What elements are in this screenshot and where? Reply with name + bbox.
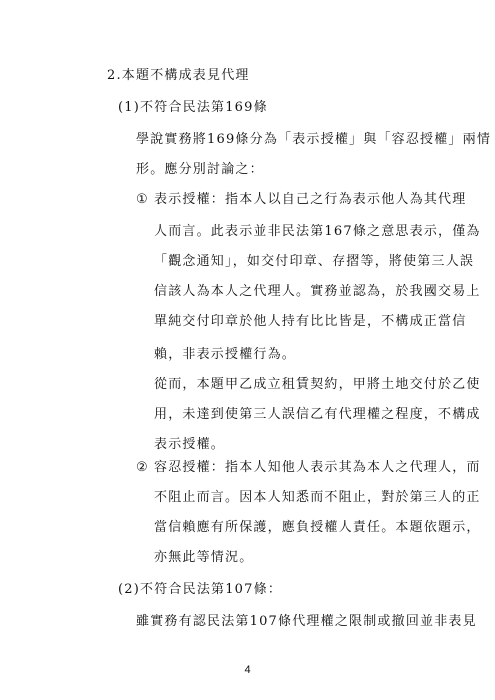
paragraph-line: 不阻止而言。因本人知悉而不阻止，對於第三人的正	[154, 490, 481, 506]
subsection-title-107: (2)不符合民法第107條：	[118, 582, 282, 598]
section-heading: 2.本題不構成表見代理	[107, 68, 250, 84]
paragraph-line: 用，未達到使第三人誤信乙有代理權之程度，不構成	[154, 407, 481, 423]
list-marker-2: ②	[136, 460, 149, 476]
paragraph-line: 亦無此等情況。	[154, 550, 253, 566]
paragraph-line: 從而，本題甲乙成立租賃契約，甲將土地交付於乙使	[154, 377, 481, 393]
paragraph-line: 信該人為本人之代理人。實務並認為，於我國交易上	[154, 284, 481, 300]
paragraph-line: 容忍授權：指本人知他人表示其為本人之代理人，而	[154, 460, 481, 476]
subsection-title-169: (1)不符合民法第169條	[118, 100, 268, 116]
paragraph-line: 人而言。此表示並非民法第167條之意思表示，僅為	[154, 224, 481, 240]
paragraph-line: 賴，非表示授權行為。	[154, 347, 296, 363]
paragraph-line: 學說實務將169條分為「表示授權」與「容忍授權」兩情	[136, 132, 491, 148]
paragraph-line: 單純交付印章於他人持有比比皆是，不構成正當信	[154, 314, 466, 330]
paragraph-line: 當信賴應有所保護，應負授權人責任。本題依題示，	[154, 520, 481, 536]
page-number: 4	[0, 664, 495, 676]
paragraph-line: 表示授權：指本人以自己之行為表示他人為其代理	[154, 192, 466, 208]
paragraph-line: 表示授權。	[154, 437, 225, 453]
document-page: 2.本題不構成表見代理 (1)不符合民法第169條 學說實務將169條分為「表示…	[0, 0, 495, 700]
list-marker-1: ①	[136, 192, 149, 208]
paragraph-line: 「觀念通知」，如交付印章、存摺等，將使第三人誤	[154, 254, 474, 270]
paragraph-line: 形。應分別討論之：	[136, 162, 264, 178]
paragraph-line: 雖實務有認民法第107條代理權之限制或撤回並非表見	[136, 614, 477, 630]
